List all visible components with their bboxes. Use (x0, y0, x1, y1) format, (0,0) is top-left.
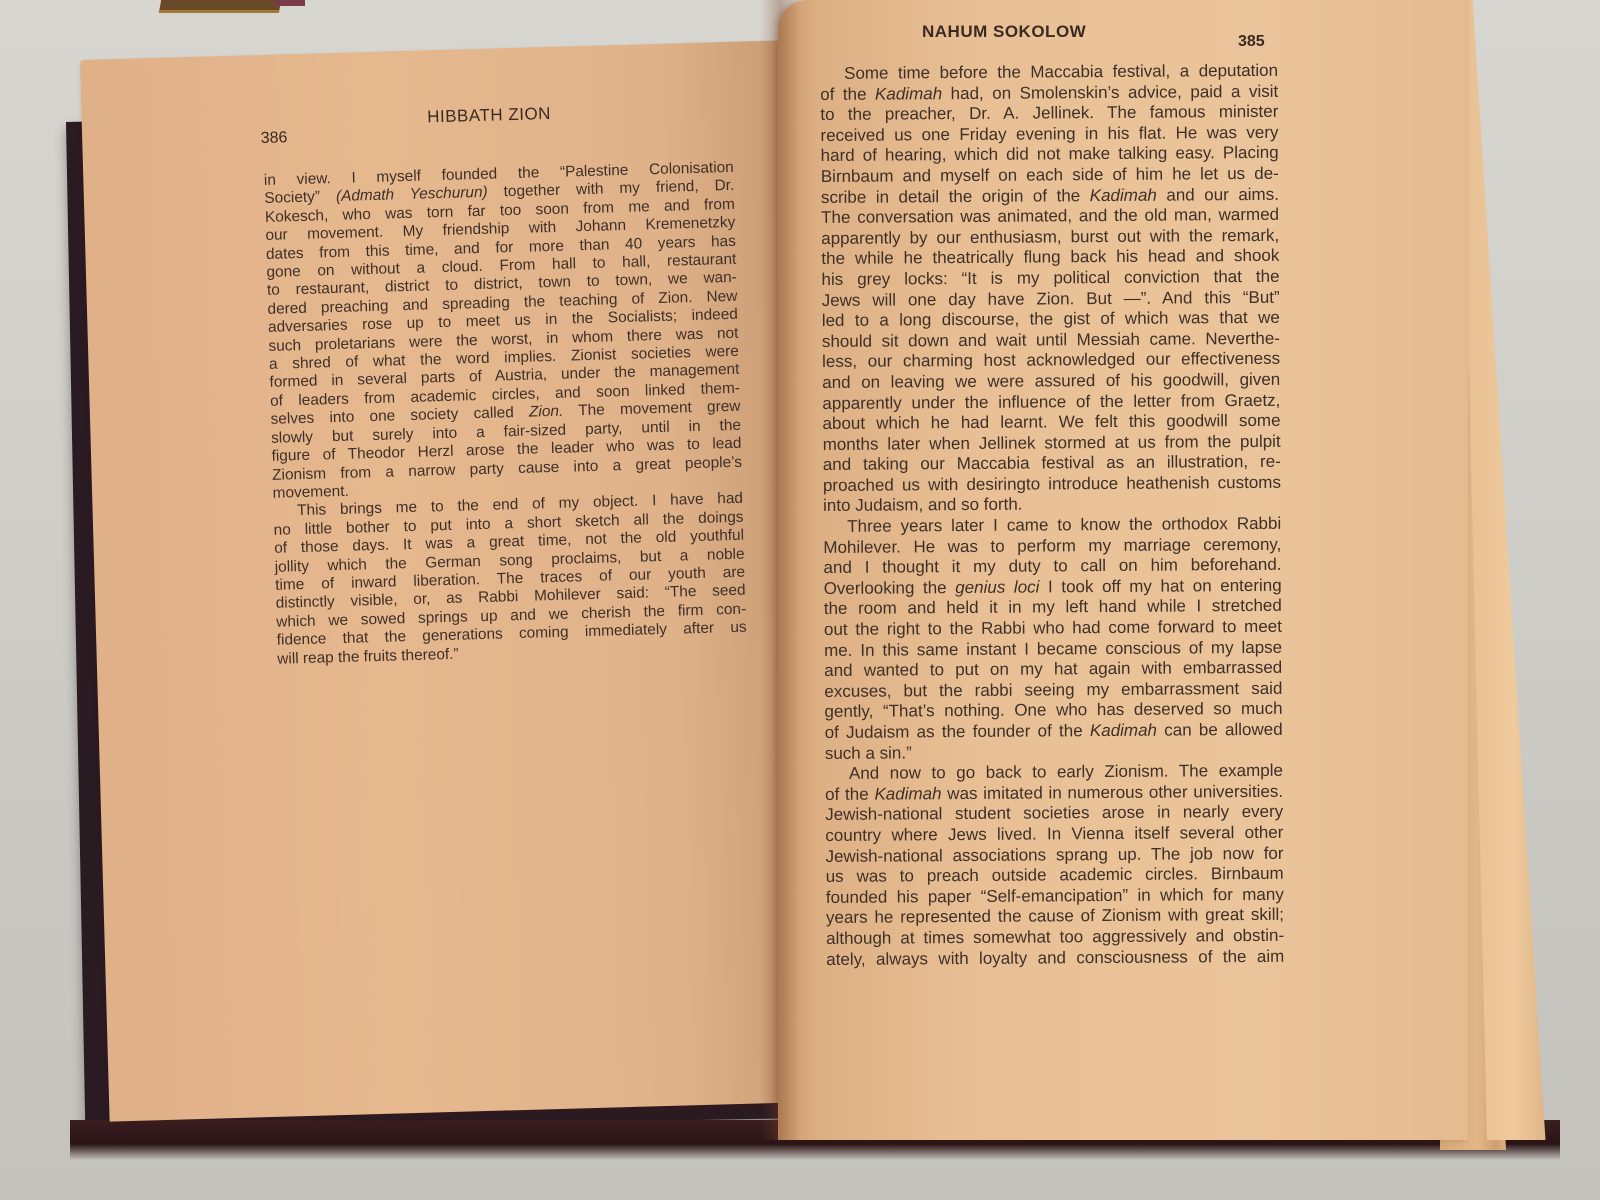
running-head: HIBBATH ZION (427, 104, 551, 127)
text-line: and wanted to put on my hat again with e… (824, 658, 1282, 682)
body-text: in view. I myself founded the “Palestine… (264, 159, 748, 669)
page-number: 386 (261, 129, 288, 148)
text-line: proached us with desiringto introduce he… (823, 473, 1281, 497)
text-line: Three years later I came to know the ort… (823, 514, 1281, 538)
left-page-content: 386 HIBBATH ZION in view. I myself found… (262, 99, 747, 669)
italic-text: (Admath Yeschurun) (336, 184, 488, 205)
text-line: and on leaving we were assured of his go… (822, 370, 1280, 394)
text-line: us was to preach outside academic circle… (826, 864, 1284, 888)
text-line: his grey locks: “It is my political conv… (821, 267, 1279, 291)
text-line: although at times somewhat too aggressiv… (826, 926, 1284, 950)
text-line: And now to go back to early Zionism. The… (825, 761, 1283, 785)
text-line: Birnbaum and myself on each side of him … (821, 164, 1279, 188)
text-line: The conversation was animated, and the o… (821, 205, 1279, 229)
running-head: NAHUM SOKOLOW (922, 22, 1086, 42)
text-line: to the preacher, Dr. A. Jellinek. The fa… (820, 102, 1278, 126)
text-line: led to a long discourse, the gist of whi… (822, 308, 1280, 332)
page-number: 385 (1238, 33, 1265, 51)
body-text: Some time before the Maccabia festival, … (820, 61, 1284, 970)
text-line: ately, always with loyalty and conscious… (826, 946, 1284, 970)
text-line: of Judaism as the founder of the Kadimah… (825, 720, 1283, 744)
text-line: country where Jews lived. In Vienna itse… (825, 823, 1283, 847)
background-object (159, 0, 281, 13)
text-line: about which he had learnt. We felt this … (822, 411, 1280, 435)
text-line: out the right to the Rabbi who had come … (824, 617, 1282, 641)
background-object (275, 0, 305, 6)
text-line: Some time before the Maccabia festival, … (820, 61, 1278, 85)
italic-text: Zion. (529, 403, 564, 421)
